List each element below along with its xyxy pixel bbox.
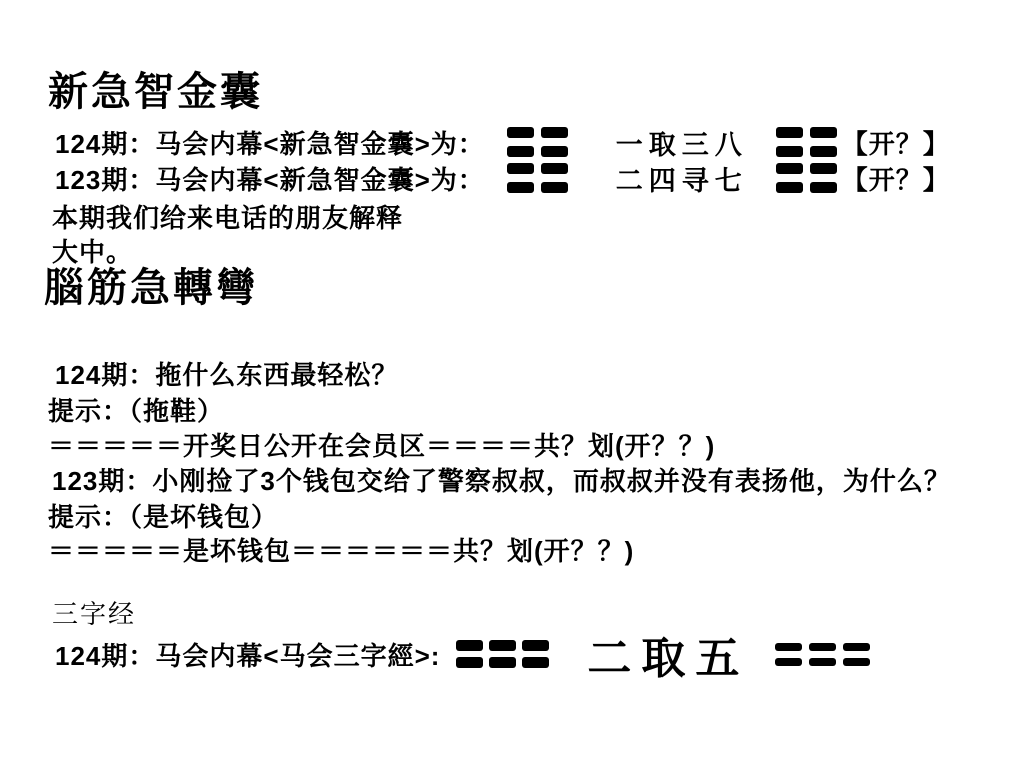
hexagram-2x2-icon — [776, 163, 837, 193]
hexagram-2x2-icon — [776, 127, 837, 157]
row-label: 124期：马会内幕<马会三字經>: — [55, 636, 440, 673]
section3-row-124: 124期：马会内幕<马会三字經>: 二取五 — [55, 626, 870, 682]
riddle-123-answer-line: ＝＝＝＝＝是坏钱包＝＝＝＝＝＝共？划(开？？) — [48, 531, 634, 568]
row-code: 二四寻七 — [616, 159, 748, 198]
riddle-124-hint: 提示：（拖鞋） — [48, 391, 224, 428]
row-code: 一取三八 — [616, 123, 748, 162]
row-code: 二取五 — [587, 622, 749, 686]
hexagram-3x2-thin-icon — [775, 643, 870, 666]
riddle-124-answer-line: ＝＝＝＝＝开奖日公开在会员区＝＝＝＝共？划(开？？) — [48, 426, 715, 463]
row-result: 【开？】 — [842, 160, 950, 197]
row-result: 【开？】 — [842, 124, 950, 161]
row-label: 123期：马会内幕<新急智金囊>为： — [55, 160, 485, 197]
scanned-document-page: 新急智金囊 124期：马会内幕<新急智金囊>为： 一取三八 【开？】 123期：… — [0, 0, 1024, 781]
riddle-124-question: 124期：拖什么东西最轻松？ — [55, 355, 398, 392]
section1-title: 新急智金囊 — [48, 60, 263, 117]
section1-note-line1: 本期我们给来电话的朋友解释 — [52, 198, 403, 235]
section2-title: 腦筋急轉彎 — [44, 256, 259, 313]
hexagram-2x2-icon — [507, 127, 568, 157]
hexagram-2x2-icon — [507, 163, 568, 193]
riddle-123-question: 123期：小刚捡了3个钱包交给了警察叔叔，而叔叔并没有表扬他，为什么？ — [52, 461, 951, 498]
row-label: 124期：马会内幕<新急智金囊>为： — [55, 124, 485, 161]
riddle-123-hint: 提示：（是坏钱包） — [48, 497, 278, 534]
section1-row-123: 123期：马会内幕<新急智金囊>为： 二四寻七 【开？】 — [55, 157, 950, 199]
hexagram-3x2-icon — [456, 640, 549, 668]
